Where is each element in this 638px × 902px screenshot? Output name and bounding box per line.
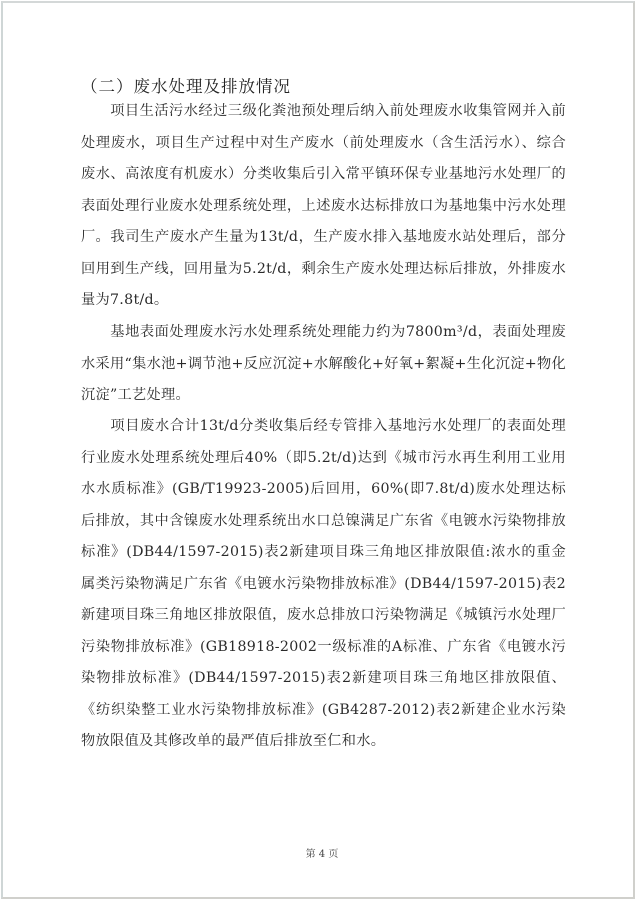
paragraph-production-wastewater: 我司生产废水产生量为13t/d，生产废水排入基地废水站处理后，部分回用到生产线，… bbox=[81, 222, 566, 317]
paragraph-treatment-capacity: 基地表面处理废水污水处理系统处理能力约为7800m³/d，表面处理废水采用“集水… bbox=[81, 317, 566, 412]
section-heading: （二）废水处理及排放情况 bbox=[81, 73, 291, 97]
document-page: （二）废水处理及排放情况 项目生活污水经过三级化粪池预处理后纳入前处理废水收集管… bbox=[1, 1, 635, 899]
page-number: 第 4 页 bbox=[3, 845, 638, 860]
paragraph-discharge-standards: 项目废水合计13t/d分类收集后经专管排入基地污水处理厂的表面处理行业废水处理系… bbox=[81, 411, 566, 758]
